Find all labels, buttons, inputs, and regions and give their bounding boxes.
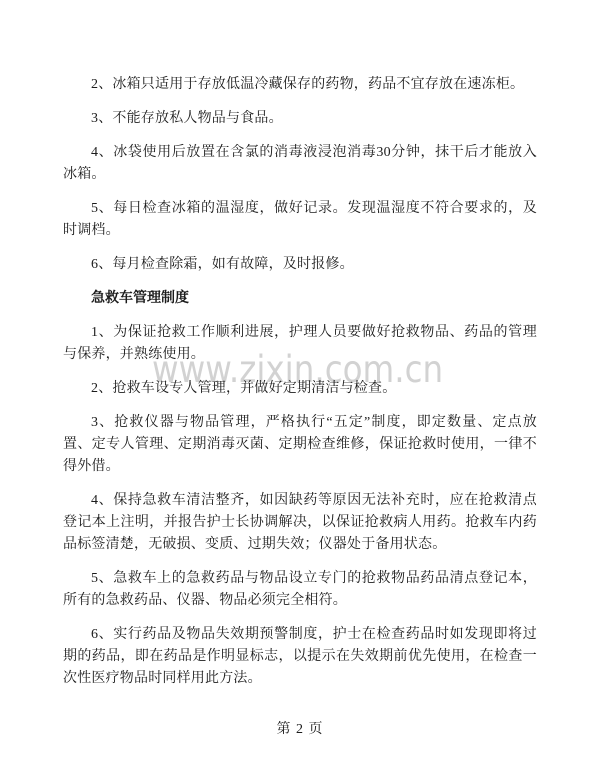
section-title-emergency-cart: 急救车管理制度 — [63, 288, 537, 310]
paragraph-cart-rule-2: 2、抢救车设专人管理，并做好定期清洁与检查。 — [63, 378, 537, 400]
paragraph-cart-rule-6: 6、实行药品及物品失效期预警制度，护士在检查药品时如发现即将过期的药品，即在药品… — [63, 624, 537, 690]
paragraph-fridge-rule-2: 2、冰箱只适用于存放低温冷藏保存的药物，药品不宜存放在速冻柜。 — [63, 74, 537, 96]
page-number-label: 第 2 页 — [277, 722, 324, 737]
paragraph-cart-rule-3: 3、抢救仪器与物品管理，严格执行“五定”制度，即定数量、定点放置、定专人管理、定… — [63, 412, 537, 478]
document-page: www.zixin.com.cn 2、冰箱只适用于存放低温冷藏保存的药物，药品不… — [0, 0, 600, 776]
paragraph-cart-rule-5: 5、急救车上的急救药品与物品设立专门的抢救物品药品清点登记本，所有的急救药品、仪… — [63, 568, 537, 612]
paragraph-fridge-rule-5: 5、每日检查冰箱的温湿度，做好记录。发现温湿度不符合要求的，及时调档。 — [63, 198, 537, 242]
document-content: 2、冰箱只适用于存放低温冷藏保存的药物，药品不宜存放在速冻柜。 3、不能存放私人… — [63, 74, 537, 702]
paragraph-cart-rule-1: 1、为保证抢救工作顺利进展，护理人员要做好抢救物品、药品的管理与保养，并熟练使用… — [63, 322, 537, 366]
paragraph-cart-rule-4: 4、保持急救车清洁整齐，如因缺药等原因无法补充时，应在抢救清点登记本上注明，并报… — [63, 490, 537, 556]
paragraph-fridge-rule-3: 3、不能存放私人物品与食品。 — [63, 108, 537, 130]
paragraph-fridge-rule-6: 6、每月检查除霜，如有故障，及时报修。 — [63, 254, 537, 276]
page-footer: 第 2 页 — [0, 722, 600, 738]
paragraph-fridge-rule-4: 4、冰袋使用后放置在含氯的消毒液浸泡消毒30分钟，抹干后才能放入冰箱。 — [63, 142, 537, 186]
